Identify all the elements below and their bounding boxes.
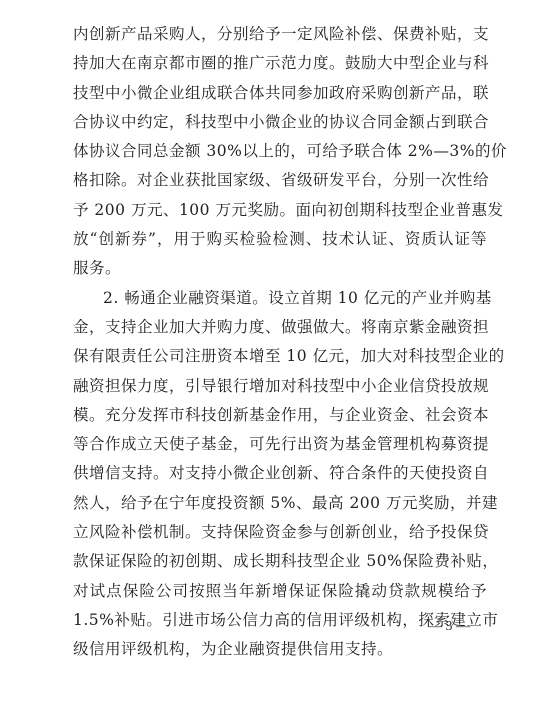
text-line: 融资担保力度，引导银行增加对科技型中小企业信贷投放规	[73, 372, 487, 401]
text-line: 金，支持企业加大并购力度、做强做大。将南京紫金融资担	[73, 313, 487, 342]
text-line: 格扣除。对企业获批国家级、省级研发平台，分别一次性给	[73, 166, 487, 195]
text-line: 1.5%补贴。引进市场公信力高的信用评级机构，探索建立市	[73, 606, 487, 635]
text-line: 模。充分发挥市科技创新基金作用，与企业资金、社会资本	[73, 401, 487, 430]
text-line: 持加大在南京都市圈的推广示范力度。鼓励大中型企业与科	[73, 49, 487, 78]
text-line: 保有限责任公司注册资本增至 10 亿元，加大对科技型企业的	[73, 342, 487, 371]
body-text: 内创新产品采购人，分别给予一定风险补偿、保费补贴，支 持加大在南京都市圈的推广示…	[73, 20, 487, 665]
text-line: 等合作成立天使子基金，可先行出资为基金管理机构募资提	[73, 430, 487, 459]
text-line: 款保证保险的初创期、成长期科技型企业 50%保险费补贴，	[73, 547, 487, 576]
text-line: 内创新产品采购人，分别给予一定风险补偿、保费补贴，支	[73, 20, 487, 49]
text-line: 技型中小微企业组成联合体共同参加政府采购创新产品，联	[73, 79, 487, 108]
text-line: 予 200 万元、100 万元奖励。面向初创期科技型企业普惠发	[73, 196, 487, 225]
text-line: 供增信支持。对支持小微企业创新、符合条件的天使投资自	[73, 459, 487, 488]
text-line: 对试点保险公司按照当年新增保证保险撬动贷款规模给予	[73, 577, 487, 606]
text-line: 合协议中约定，科技型中小微企业的协议合同金额占到联合	[73, 108, 487, 137]
page-number: — 3 —	[428, 619, 470, 635]
text-line: 然人，给予在宁年度投资额 5%、最高 200 万元奖励，并建	[73, 489, 487, 518]
section-heading-line: 2. 畅通企业融资渠道。设立首期 10 亿元的产业并购基	[73, 284, 487, 313]
text-line: 体协议合同总金额 30%以上的，可给予联合体 2%—3%的价	[73, 137, 487, 166]
text-line: 级信用评级机构，为企业融资提供信用支持。	[73, 635, 487, 664]
document-page: 内创新产品采购人，分别给予一定风险补偿、保费补贴，支 持加大在南京都市圈的推广示…	[0, 0, 558, 706]
text-line: 放“创新券”，用于购买检验检测、技术认证、资质认证等	[73, 225, 487, 254]
text-line: 立风险补偿机制。支持保险资金参与创新创业，给予投保贷	[73, 518, 487, 547]
text-line: 服务。	[73, 254, 487, 283]
